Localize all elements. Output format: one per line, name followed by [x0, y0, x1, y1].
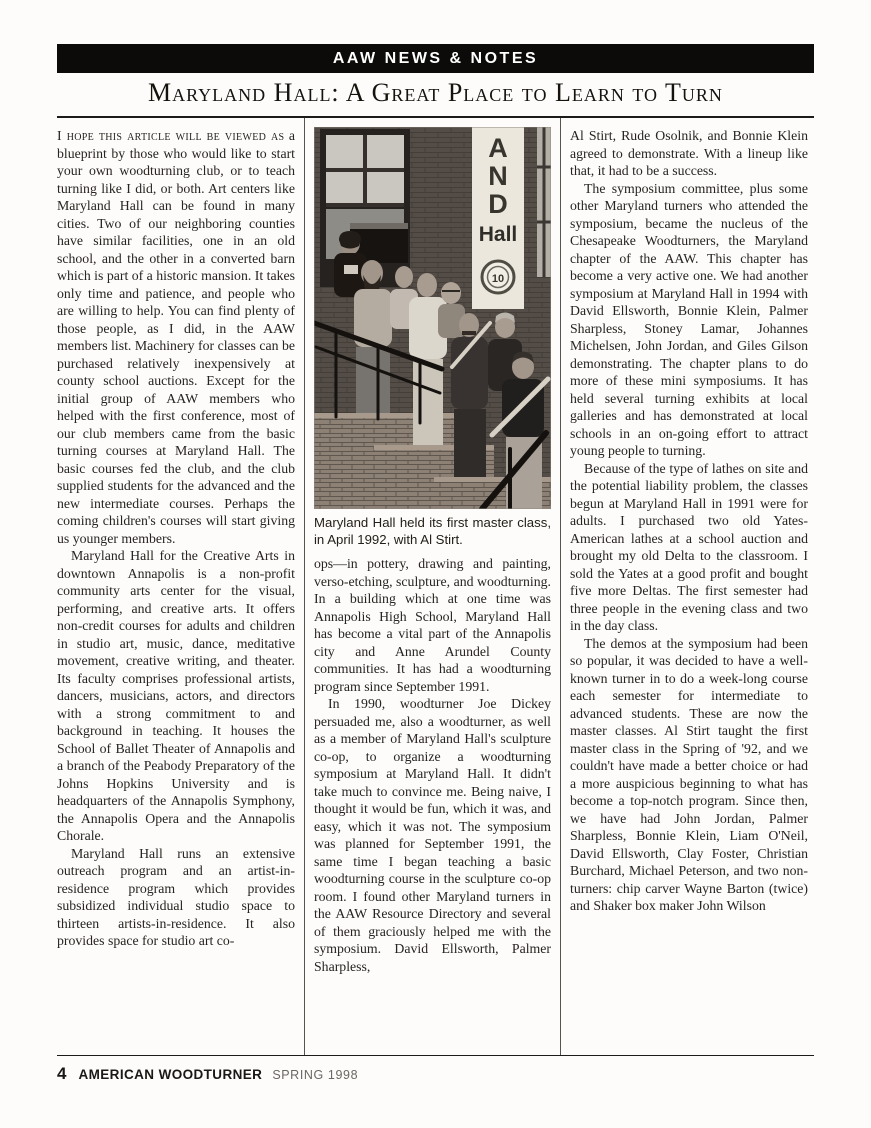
- paragraph: Maryland Hall for the Creative Arts in d…: [57, 547, 295, 845]
- article-title: Maryland Hall: A Great Place to Learn to…: [57, 78, 814, 108]
- article-figure: A N D Hall 10: [314, 127, 551, 548]
- photo-caption: Maryland Hall held its first master clas…: [314, 514, 551, 548]
- banner-letter: N: [488, 161, 508, 191]
- column-2: A N D Hall 10: [314, 118, 551, 1055]
- maryland-hall-banner: A N D Hall 10: [472, 127, 524, 309]
- group-photo: A N D Hall 10: [314, 127, 551, 509]
- banner-letter: A: [488, 133, 508, 163]
- paragraph: Maryland Hall runs an extensive outreach…: [57, 845, 295, 950]
- seal-number: 10: [492, 273, 504, 285]
- side-window: [537, 127, 551, 277]
- footer-rule: [57, 1055, 814, 1056]
- paragraph: Al Stirt, Rude Osolnik, and Bonnie Klein…: [570, 127, 808, 180]
- column-divider: [560, 118, 561, 1055]
- magazine-page: AAW NEWS & NOTES Maryland Hall: A Great …: [0, 0, 871, 1128]
- column-3: Al Stirt, Rude Osolnik, and Bonnie Klein…: [570, 118, 808, 1055]
- column-divider: [304, 118, 305, 1055]
- lead-in-text: I hope this article will be viewed as: [57, 128, 284, 143]
- section-header-label: AAW NEWS & NOTES: [333, 50, 538, 68]
- magazine-name: AMERICAN WOODTURNER: [78, 1067, 262, 1082]
- column-1: I hope this article will be viewed as a …: [57, 118, 295, 1055]
- page-number: 4: [57, 1064, 66, 1084]
- paragraph: The symposium committee, plus some other…: [570, 180, 808, 460]
- paragraph: I hope this article will be viewed as a …: [57, 127, 295, 547]
- paragraph: Because of the type of lathes on site an…: [570, 460, 808, 635]
- paragraph: In 1990, woodturner Joe Dickey persuaded…: [314, 695, 551, 975]
- article-body: I hope this article will be viewed as a …: [57, 118, 814, 1055]
- banner-word: Hall: [479, 223, 518, 246]
- banner-letter: D: [488, 189, 508, 219]
- page-footer: 4 AMERICAN WOODTURNER SPRING 1998: [57, 1064, 358, 1084]
- paragraph: ops—in pottery, drawing and painting, ve…: [314, 555, 551, 695]
- issue-label: SPRING 1998: [272, 1068, 358, 1082]
- section-header-bar: AAW NEWS & NOTES: [57, 44, 814, 73]
- paragraph: The demos at the symposium had been so p…: [570, 635, 808, 915]
- paragraph-text: a blueprint by those who would like to s…: [57, 128, 295, 546]
